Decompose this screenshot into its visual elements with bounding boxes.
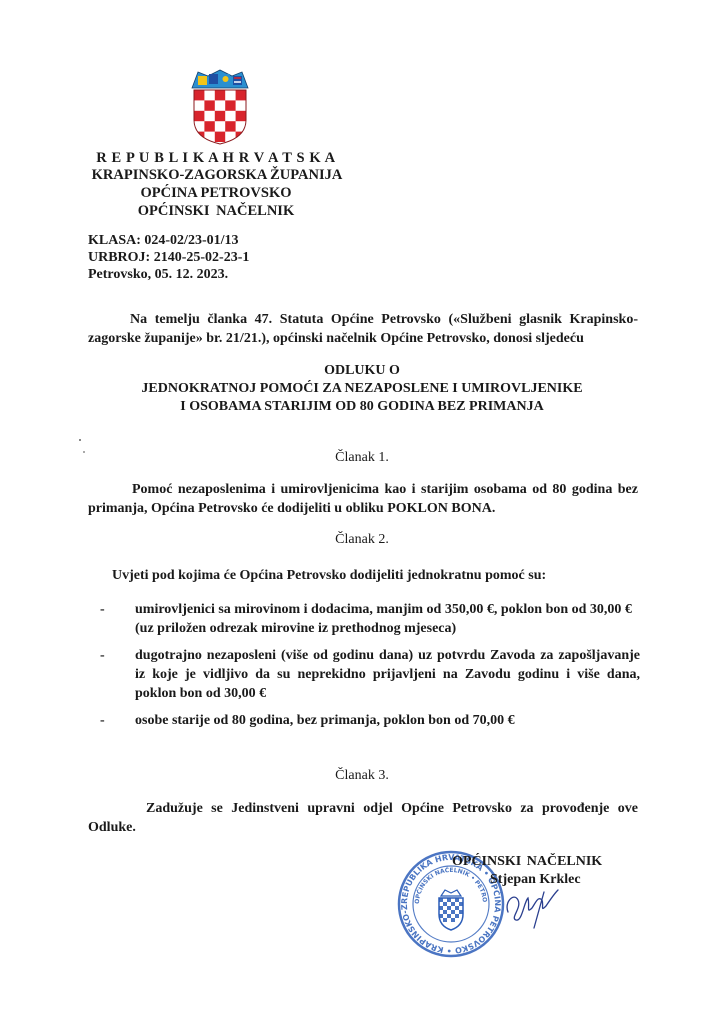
condition-2-line-1: dugotrajno nezaposleni (više od godinu d… xyxy=(135,646,640,665)
signature-title: OPĆINSKI NAČELNIK xyxy=(452,852,602,871)
article-1-line-1: Pomoć nezaposlenima i umirovljenicima ka… xyxy=(132,480,638,499)
article-3-line-2: Odluke. xyxy=(88,818,388,837)
place-date: Petrovsko, 05. 12. 2023. xyxy=(88,265,228,284)
condition-1-line-1: umirovljenici sa mirovinom i dodacima, m… xyxy=(135,600,632,619)
condition-3-line-1: osobe starije od 80 godina, bez primanja… xyxy=(135,711,640,730)
condition-item: - dugotrajno nezaposleni (više od godinu… xyxy=(100,646,640,703)
condition-1-line-2: (uz priložen odrezak mirovine iz prethod… xyxy=(135,619,632,638)
header-office: OPĆINSKI NAČELNIK xyxy=(96,202,336,221)
condition-item: - umirovljenici sa mirovinom i dodacima,… xyxy=(100,600,640,638)
condition-2-line-2: iz koje je vidljivo da su neprekidno pri… xyxy=(135,665,640,684)
condition-2-line-3: poklon bon od 30,00 € xyxy=(135,684,640,703)
header-municipality: OPĆINA PETROVSKO xyxy=(96,184,336,203)
croatian-coat-of-arms-icon xyxy=(188,66,252,146)
article-3-line-1: Zadužuje se Jedinstveni upravni odjel Op… xyxy=(146,799,638,818)
dash-bullet: - xyxy=(100,646,135,703)
handwritten-signature xyxy=(500,872,580,932)
article-1-heading: Članak 1. xyxy=(88,448,636,467)
decision-title-1: ODLUKU O xyxy=(88,361,636,380)
scan-speck xyxy=(79,439,81,441)
decision-title-2: JEDNOKRATNOJ POMOĆI ZA NEZAPOSLENE I UMI… xyxy=(88,379,636,398)
article-3-heading: Članak 3. xyxy=(88,766,636,785)
header-county: KRAPINSKO-ZAGORSKA ŽUPANIJA xyxy=(86,166,348,185)
decision-title-3: I OSOBAMA STARIJIM OD 80 GODINA BEZ PRIM… xyxy=(88,397,636,416)
dash-bullet: - xyxy=(100,711,135,730)
scan-speck xyxy=(83,451,85,453)
condition-item: - osobe starije od 80 godina, bez priman… xyxy=(100,711,640,730)
article-2-intro: Uvjeti pod kojima će Općina Petrovsko do… xyxy=(112,566,652,585)
dash-bullet: - xyxy=(100,600,135,638)
article-1-line-2: primanja, Općina Petrovsko će dodijeliti… xyxy=(88,499,648,518)
preamble-line-1: Na temelju članka 47. Statuta Općine Pet… xyxy=(130,310,638,329)
article-2-heading: Članak 2. xyxy=(88,530,636,549)
preamble-line-2: zagorske županije» br. 21/21.), općinski… xyxy=(88,329,648,348)
